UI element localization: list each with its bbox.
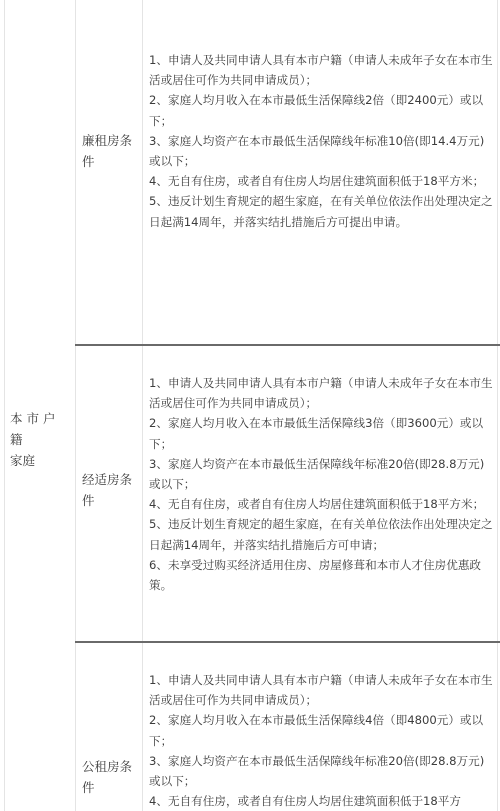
household-type-line1: 本市户籍 bbox=[10, 408, 66, 450]
condition-item: 2、家庭人均月收入在本市最低生活保障线2倍（即2400元）或以下； bbox=[149, 90, 495, 130]
condition-item: 5、违反计划生育规定的超生家庭，在有关单位依法作出处理决定之日起满14周年，并落… bbox=[149, 191, 495, 231]
conditions-cell-jingshifang: 1、申请人及共同申请人具有本市户籍（申请人未成年子女在本市生活或居住可作为共同申… bbox=[149, 373, 495, 595]
column-divider-2 bbox=[142, 0, 143, 811]
conditions-cell-lianzufang: 1、申请人及共同申请人具有本市户籍（申请人未成年子女在本市生活或居住可作为共同申… bbox=[149, 50, 495, 232]
category-cell-jingshifang: 经适房条 件 bbox=[82, 469, 140, 511]
condition-item: 1、申请人及共同申请人具有本市户籍（申请人未成年子女在本市生活或居住可作为共同申… bbox=[149, 373, 495, 413]
condition-item: 4、无自有住房，或者自有住房人均居住建筑面积低于18平方 bbox=[149, 791, 495, 811]
category-label-line2: 件 bbox=[82, 490, 140, 511]
category-label-line1: 廉租房条 bbox=[82, 130, 140, 151]
condition-item: 1、申请人及共同申请人具有本市户籍（申请人未成年子女在本市生活或居住可作为共同申… bbox=[149, 50, 495, 90]
household-type-line2: 家庭 bbox=[10, 450, 66, 471]
condition-item: 5、违反计划生育规定的超生家庭，在有关单位依法作出处理决定之日起满14周年，并落… bbox=[149, 514, 495, 554]
condition-item: 4、无自有住房，或者自有住房人均居住建筑面积低于18平方米； bbox=[149, 494, 495, 514]
table-border-left bbox=[4, 0, 5, 811]
condition-item: 2、家庭人均月收入在本市最低生活保障线4倍（即4800元）或以下； bbox=[149, 710, 495, 750]
household-type-cell: 本市户籍 家庭 bbox=[10, 408, 66, 471]
table-border-right bbox=[497, 0, 498, 811]
condition-item: 6、未享受过购买经济适用住房、房屋修葺和本市人才住房优惠政策。 bbox=[149, 555, 495, 595]
column-divider-1 bbox=[75, 0, 76, 811]
category-cell-gongzufang: 公租房条 件 bbox=[82, 756, 140, 798]
condition-item: 3、家庭人均资产在本市最低生活保障线年标准10倍(即14.4万元)或以下； bbox=[149, 131, 495, 171]
category-label-line2: 件 bbox=[82, 151, 140, 172]
row-divider-1 bbox=[75, 344, 500, 346]
condition-item: 4、无自有住房，或者自有住房人均居住建筑面积低于18平方米； bbox=[149, 171, 495, 191]
category-label-line1: 经适房条 bbox=[82, 469, 140, 490]
category-label-line1: 公租房条 bbox=[82, 756, 140, 777]
condition-item: 3、家庭人均资产在本市最低生活保障线年标准20倍(即28.8万元)或以下； bbox=[149, 454, 495, 494]
category-cell-lianzufang: 廉租房条 件 bbox=[82, 130, 140, 172]
condition-item: 3、家庭人均资产在本市最低生活保障线年标准20倍(即28.8万元)或以下； bbox=[149, 751, 495, 791]
conditions-cell-gongzufang: 1、申请人及共同申请人具有本市户籍（申请人未成年子女在本市生活或居住可作为共同申… bbox=[149, 670, 495, 811]
condition-item: 1、申请人及共同申请人具有本市户籍（申请人未成年子女在本市生活或居住可作为共同申… bbox=[149, 670, 495, 710]
category-label-line2: 件 bbox=[82, 777, 140, 798]
condition-item: 2、家庭人均月收入在本市最低生活保障线3倍（即3600元）或以下； bbox=[149, 413, 495, 453]
row-divider-2 bbox=[75, 641, 500, 643]
